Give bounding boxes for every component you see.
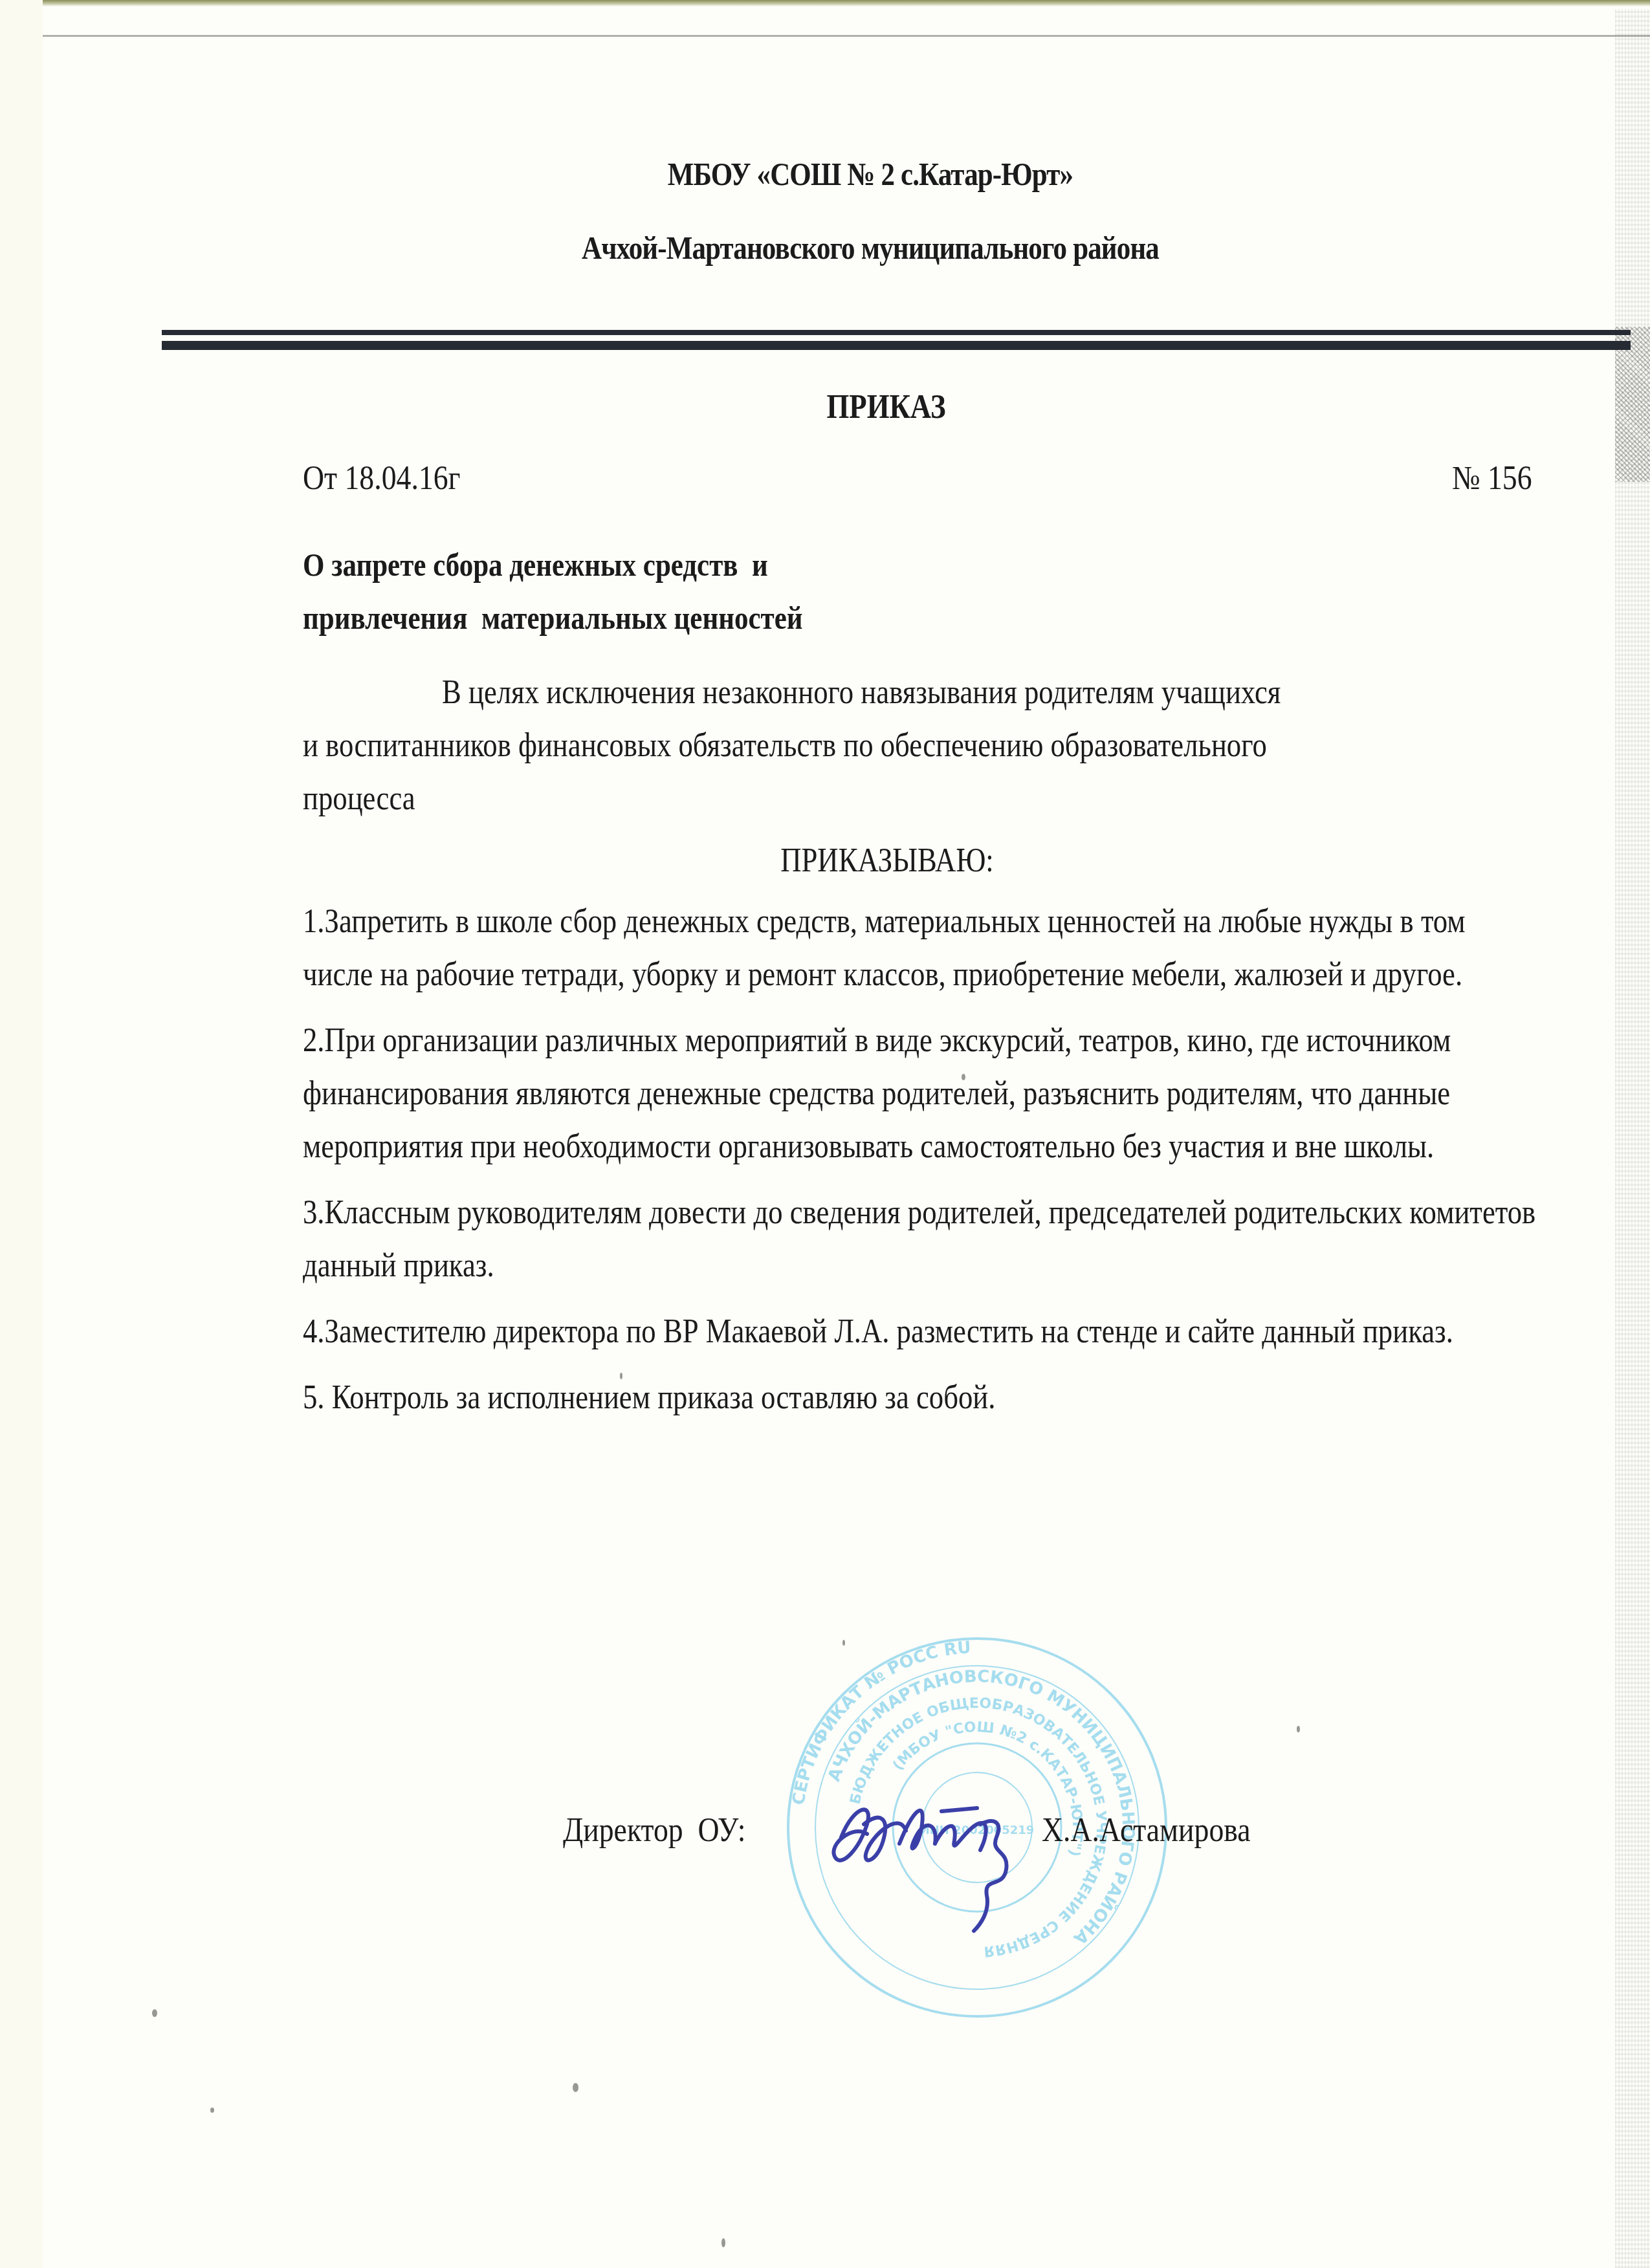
document-title: ПРИКАЗ [116,388,1535,426]
document-body: В целях исключения незаконного навязыван… [303,666,1555,1424]
clause-4: 4.Заместителю директора по ВР Макаевой Л… [303,1305,1561,1358]
header-rule-thick [162,341,1631,350]
header-rule-thin [162,330,1631,335]
clause-2: 2.При организации различных мероприятий … [303,1014,1561,1173]
order-verb: ПРИКАЗЫВАЮ: [303,834,1471,888]
clause-3: 3.Классным руководителям довести до свед… [303,1186,1544,1292]
document-subject: О запрете сбора денежных средств и привл… [303,538,1304,644]
document-date: От 18.04.16г [303,459,460,497]
scan-top-line [43,35,1650,37]
clause-1: 1.Запретить в школе сбор денежных средст… [303,895,1527,1001]
clause-5: 5. Контроль за исполнением приказа остав… [303,1371,1527,1424]
scan-speck [842,1640,845,1646]
scan-speck [152,2009,157,2017]
scan-speck [573,2083,578,2092]
document-number: № 156 [1452,459,1532,497]
organization-name: МБОУ «СОШ № 2 с.Катар-Юрт» [200,155,1541,193]
handwritten-signature [828,1785,1035,1934]
organization-header: МБОУ «СОШ № 2 с.Катар-Юрт» Ачхой-Мартано… [0,155,1650,267]
scan-speck [1297,1726,1300,1732]
scan-top-edge [0,0,1650,6]
subject-line: привлечения материальных ценностей [303,591,1304,644]
scan-left-margin [0,0,43,2268]
subject-line: О запрете сбора денежных средств и [303,538,1304,591]
scan-right-edge-dark-noise [1615,327,1650,482]
signatory-name: Х.А.Астамирова [1042,1811,1251,1849]
preamble: В целях исключения незаконного навязыван… [303,666,1293,825]
scan-speck [210,2108,214,2113]
document-meta: От 18.04.16г № 156 [303,459,1532,505]
scan-speck [721,2238,725,2247]
signatory-role: Директор ОУ: [563,1811,745,1849]
organization-district: Ачхой-Мартановского муниципального район… [200,229,1541,267]
